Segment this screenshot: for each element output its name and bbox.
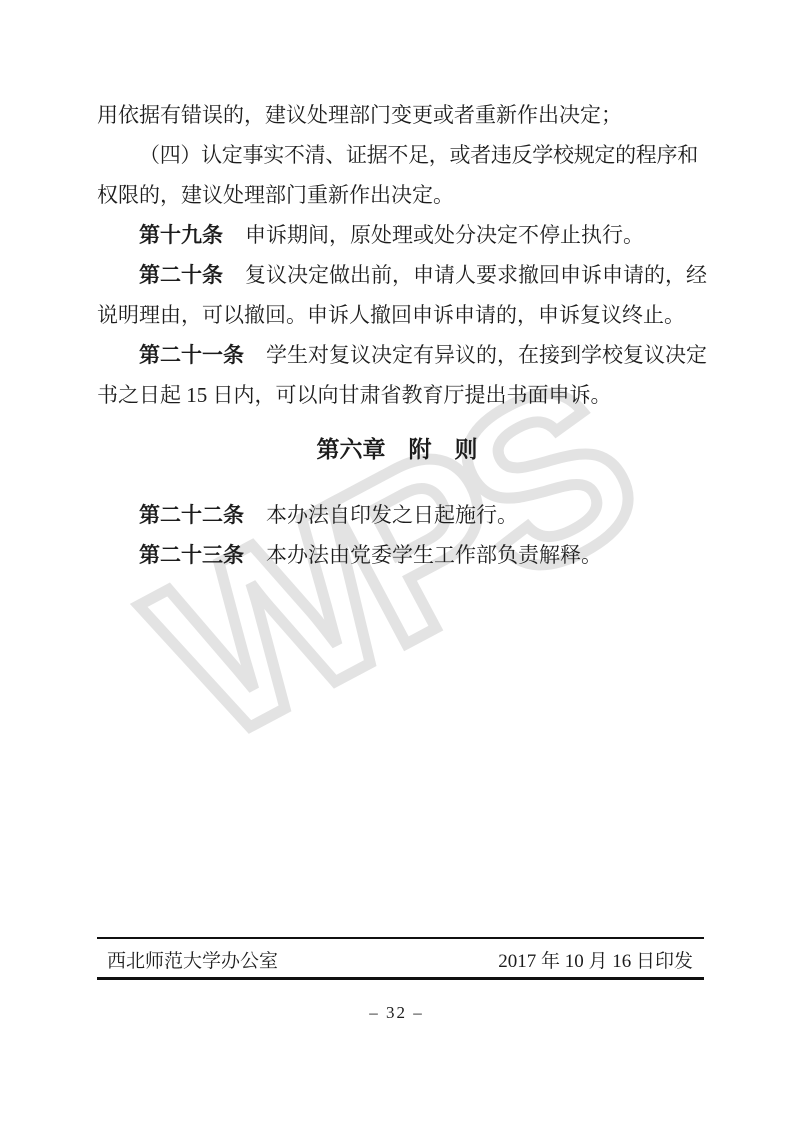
article-number: 第二十一条: [139, 343, 244, 367]
line-text: 学生对复议决定有异议的，在接到学校复议决定: [266, 343, 707, 367]
text-line: （四）认定事实不清、证据不足，或者违反学校规定的程序和: [97, 135, 697, 175]
document-page: WPS 用依据有错误的，建议处理部门变更或者重新作出决定；（四）认定事实不清、证…: [0, 0, 793, 1122]
page-number: – 32 –: [0, 1003, 793, 1023]
line-text: 申诉期间，原处理或处分决定不停止执行。: [245, 223, 644, 247]
line-text: 书之日起 15 日内，可以向甘肃省教育厅提出书面申诉。: [97, 383, 612, 407]
line-text: 用依据有错误的，建议处理部门变更或者重新作出决定；: [97, 103, 622, 127]
footer-bottom-rule: [97, 977, 704, 980]
article-number: 第二十三条: [139, 543, 244, 567]
footer-row: 西北师范大学办公室 2017 年 10 月 16 日印发: [97, 943, 704, 975]
chapter-heading: 第六章 附 则: [97, 430, 697, 470]
document-body: 用依据有错误的，建议处理部门变更或者重新作出决定；（四）认定事实不清、证据不足，…: [97, 95, 697, 575]
text-line: 第十九条申诉期间，原处理或处分决定不停止执行。: [97, 215, 697, 255]
text-line: 第二十二条本办法自印发之日起施行。: [97, 495, 697, 535]
text-line: 说明理由，可以撤回。申诉人撤回申诉申请的，申诉复议终止。: [97, 295, 697, 335]
footer-print-date: 2017 年 10 月 16 日印发: [498, 946, 693, 973]
text-line: 书之日起 15 日内，可以向甘肃省教育厅提出书面申诉。: [97, 375, 697, 415]
footer-issuer: 西北师范大学办公室: [107, 946, 278, 973]
text-line: 第二十条复议决定做出前，申请人要求撤回申诉申请的，经: [97, 255, 697, 295]
line-text: 说明理由，可以撤回。申诉人撤回申诉申请的，申诉复议终止。: [97, 303, 685, 327]
footer-top-rule: [97, 937, 704, 939]
article-number: 第二十二条: [139, 503, 244, 527]
line-text: 权限的，建议处理部门重新作出决定。: [97, 183, 454, 207]
line-text: 复议决定做出前，申请人要求撤回申诉申请的，经: [245, 263, 707, 287]
text-line: 权限的，建议处理部门重新作出决定。: [97, 175, 697, 215]
article-number: 第十九条: [139, 223, 223, 247]
line-text: 本办法由党委学生工作部负责解释。: [266, 543, 602, 567]
article-number: 第二十条: [139, 263, 223, 287]
text-line: 第二十一条学生对复议决定有异议的，在接到学校复议决定: [97, 335, 697, 375]
line-text: 本办法自印发之日起施行。: [266, 503, 518, 527]
text-line: 第二十三条本办法由党委学生工作部负责解释。: [97, 535, 697, 575]
line-text: （四）认定事实不清、证据不足，或者违反学校规定的程序和: [139, 143, 697, 167]
text-line: 用依据有错误的，建议处理部门变更或者重新作出决定；: [97, 95, 697, 135]
